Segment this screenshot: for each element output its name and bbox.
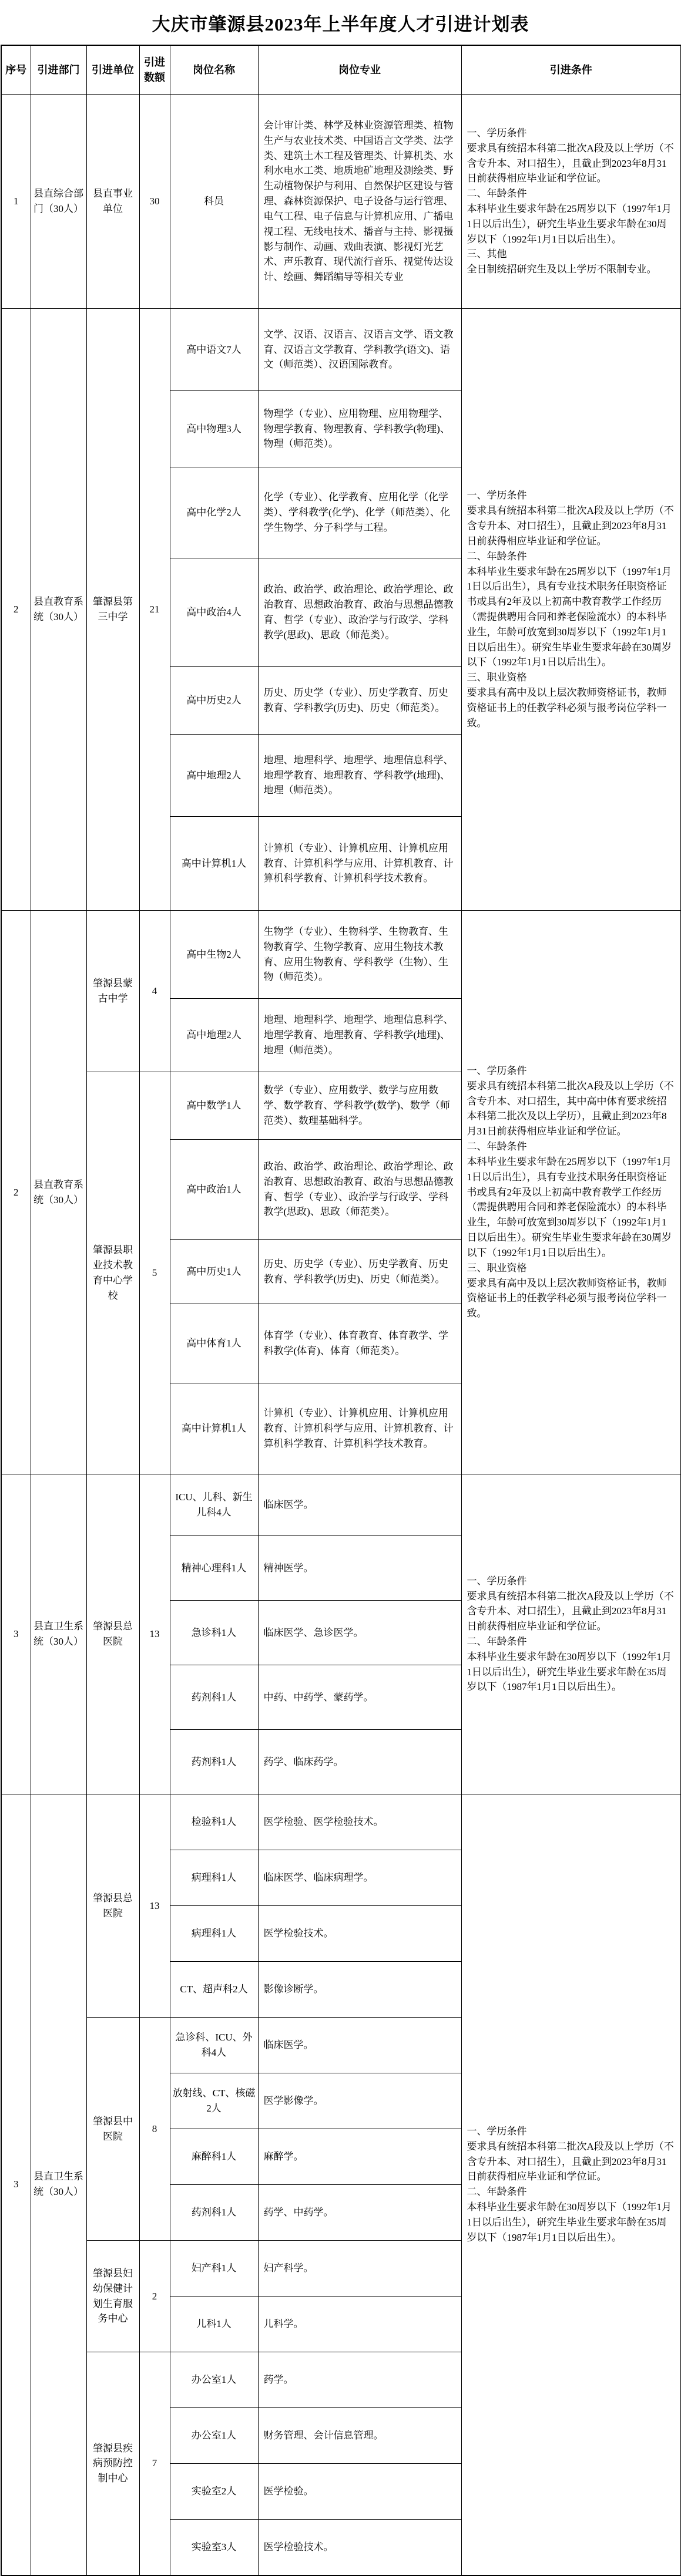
- position-cell: 药剂科1人: [170, 1730, 258, 1794]
- position-cell: 高中地理2人: [170, 999, 258, 1072]
- position-cell: 高中计算机1人: [170, 1383, 258, 1474]
- unit-cell: 肇源县总医院: [86, 1474, 139, 1794]
- position-cell: 高中历史1人: [170, 1240, 258, 1304]
- position-cell: 病理科1人: [170, 1906, 258, 1962]
- quota-cell: 13: [139, 1794, 170, 2018]
- quota-cell: 4: [139, 911, 170, 1072]
- majors-cell: 生物学（专业）、生物科学、生物教育、生物教育学、生物学教育、应用生物技术教育、应…: [258, 911, 461, 999]
- quota-cell: 2: [139, 2241, 170, 2352]
- majors-cell: 药学、中药学。: [258, 2185, 461, 2241]
- col-header-seq: 序号: [1, 45, 31, 95]
- position-cell: 病理科1人: [170, 1850, 258, 1906]
- majors-cell: 体育学（专业）、体育教育、体育教学、学科教学(体育)、体育（师范类）。: [258, 1304, 461, 1383]
- majors-cell: 麻醉学。: [258, 2129, 461, 2185]
- quota-cell: 5: [139, 1072, 170, 1474]
- col-header-dept: 引进部门: [31, 45, 86, 95]
- majors-cell: 妇产科学。: [258, 2241, 461, 2296]
- position-cell: 高中历史2人: [170, 667, 258, 735]
- position-cell: 高中地理2人: [170, 735, 258, 817]
- table-row: 2 县直教育系统（30人） 肇源县蒙古中学 4 高中生物2人 生物学（专业）、生…: [1, 911, 681, 999]
- unit-cell: 肇源县蒙古中学: [86, 911, 139, 1072]
- majors-cell: 药学、临床药学。: [258, 1730, 461, 1794]
- table-row: 1 县直综合部门（30人） 县直事业单位 30 科员 会计审计类、林学及林业资源…: [1, 95, 681, 309]
- majors-cell: 临床医学。: [258, 2018, 461, 2073]
- majors-cell: 会计审计类、林学及林业资源管理类、植物生产与农业技术类、中国语言文学类、法学类、…: [258, 95, 461, 309]
- majors-cell: 医学检验。: [258, 2464, 461, 2520]
- document-page: 大庆市肇源县2023年上半年度人才引进计划表 序号 引进部门 引进单位 引进数额…: [0, 0, 681, 2576]
- unit-cell: 肇源县疾病预防控制中心: [86, 2352, 139, 2575]
- position-cell: 药剂科1人: [170, 2185, 258, 2241]
- seq-cell: 1: [1, 95, 31, 309]
- conditions-cell: 一、学历条件 要求具有统招本科第二批次A段及以上学历（不含专升本、对口招生），且…: [461, 1794, 681, 2575]
- table-row: 3 县直卫生系统（30人） 肇源县总医院 13 检验科1人 医学检验、医学检验技…: [1, 1794, 681, 1850]
- unit-cell: 肇源县职业技术教育中心学校: [86, 1072, 139, 1474]
- col-header-position: 岗位名称: [170, 45, 258, 95]
- position-cell: 实验室3人: [170, 2520, 258, 2575]
- majors-cell: 物理学（专业）、应用物理、应用物理学、物理学教育、物理教育、学科教学(物理)、物…: [258, 391, 461, 467]
- majors-cell: 医学检验、医学检验技术。: [258, 1794, 461, 1850]
- quota-cell: 13: [139, 1474, 170, 1794]
- position-cell: 急诊科1人: [170, 1601, 258, 1665]
- majors-cell: 精神医学。: [258, 1536, 461, 1601]
- dept-cell: 县直教育系统（30人）: [31, 309, 86, 911]
- page-title: 大庆市肇源县2023年上半年度人才引进计划表: [0, 0, 681, 45]
- position-cell: 高中化学2人: [170, 467, 258, 558]
- majors-cell: 地理、地理科学、地理学、地理信息科学、地理学教育、地理教育、学科教学(地理)、地…: [258, 735, 461, 817]
- position-cell: 办公室1人: [170, 2408, 258, 2464]
- unit-cell: 肇源县妇幼保健计划生育服务中心: [86, 2241, 139, 2352]
- dept-cell: 县直综合部门（30人）: [31, 95, 86, 309]
- majors-cell: 文学、汉语、汉语言、汉语言文学、语文教育、汉语言文学教育、学科教学(语文)、语文…: [258, 309, 461, 391]
- position-cell: 放射线、CT、核磁2人: [170, 2073, 258, 2129]
- majors-cell: 临床医学、临床病理学。: [258, 1850, 461, 1906]
- position-cell: 检验科1人: [170, 1794, 258, 1850]
- quota-cell: 7: [139, 2352, 170, 2575]
- position-cell: 高中生物2人: [170, 911, 258, 999]
- majors-cell: 临床医学、急诊医学。: [258, 1601, 461, 1665]
- position-cell: 急诊科、ICU、外科4人: [170, 2018, 258, 2073]
- col-header-quota: 引进数额: [139, 45, 170, 95]
- quota-cell: 8: [139, 2018, 170, 2241]
- conditions-cell: 一、学历条件 要求具有统招本科第二批次A段及以上学历（不含专升本、对口招生，其中…: [461, 911, 681, 1474]
- unit-cell: 肇源县中医院: [86, 2018, 139, 2241]
- majors-cell: 地理、地理科学、地理学、地理信息科学、地理学教育、地理教育、学科教学(地理)、地…: [258, 999, 461, 1072]
- dept-cell: 县直教育系统（30人）: [31, 911, 86, 1474]
- position-cell: 高中体育1人: [170, 1304, 258, 1383]
- position-cell: 妇产科1人: [170, 2241, 258, 2296]
- position-cell: 实验室2人: [170, 2464, 258, 2520]
- position-cell: 精神心理科1人: [170, 1536, 258, 1601]
- col-header-unit: 引进单位: [86, 45, 139, 95]
- position-cell: 高中政治1人: [170, 1140, 258, 1240]
- conditions-cell: 一、学历条件 要求具有统招本科第二批次A段及以上学历（不含专升本、对口招生），且…: [461, 95, 681, 309]
- majors-cell: 历史、历史学（专业）、历史学教育、历史教育、学科教学(历史)、历史（师范类）。: [258, 667, 461, 735]
- unit-cell: 肇源县总医院: [86, 1794, 139, 2018]
- majors-cell: 药学。: [258, 2352, 461, 2408]
- position-cell: 办公室1人: [170, 2352, 258, 2408]
- col-header-majors: 岗位专业: [258, 45, 461, 95]
- header-row: 序号 引进部门 引进单位 引进数额 岗位名称 岗位专业 引进条件: [1, 45, 681, 95]
- position-cell: 高中数学1人: [170, 1072, 258, 1140]
- quota-cell: 30: [139, 95, 170, 309]
- seq-cell: 2: [1, 309, 31, 911]
- position-cell: 麻醉科1人: [170, 2129, 258, 2185]
- majors-cell: 历史、历史学（专业）、历史学教育、历史教育、学科教学(历史)、历史（师范类）。: [258, 1240, 461, 1304]
- dept-cell: 县直卫生系统（30人）: [31, 1474, 86, 1794]
- seq-cell: 2: [1, 911, 31, 1474]
- majors-cell: 数学（专业）、应用数学、数学与应用数学、数学教育、学科教学(数学)、数学（师范类…: [258, 1072, 461, 1140]
- conditions-cell: 一、学历条件 要求具有统招本科第二批次A段及以上学历（不含专升本、对口招生），且…: [461, 1474, 681, 1794]
- position-cell: CT、超声科2人: [170, 1962, 258, 2018]
- majors-cell: 财务管理、会计信息管理。: [258, 2408, 461, 2464]
- quota-cell: 21: [139, 309, 170, 911]
- position-cell: 高中物理3人: [170, 391, 258, 467]
- talent-plan-table: 序号 引进部门 引进单位 引进数额 岗位名称 岗位专业 引进条件 1 县直综合部…: [1, 45, 681, 2576]
- position-cell: 高中语文7人: [170, 309, 258, 391]
- majors-cell: 儿科学。: [258, 2296, 461, 2352]
- col-header-conditions: 引进条件: [461, 45, 681, 95]
- position-cell: 高中政治4人: [170, 558, 258, 667]
- majors-cell: 计算机（专业）、计算机应用、计算机应用教育、计算机科学与应用、计算机教育、计算机…: [258, 817, 461, 911]
- unit-cell: 县直事业单位: [86, 95, 139, 309]
- majors-cell: 政治、政治学、政治理论、政治学理论、政治教育、思想政治教育、政治与思想品德教育、…: [258, 558, 461, 667]
- seq-cell: 3: [1, 1474, 31, 1794]
- majors-cell: 医学检验技术。: [258, 2520, 461, 2575]
- majors-cell: 化学（专业）、化学教育、应用化学（化学类）、学科教学(化学)、化学（师范类）、化…: [258, 467, 461, 558]
- majors-cell: 中药、中药学、蒙药学。: [258, 1665, 461, 1730]
- majors-cell: 政治、政治学、政治理论、政治学理论、政治教育、思想政治教育、政治与思想品德教育、…: [258, 1140, 461, 1240]
- majors-cell: 临床医学。: [258, 1474, 461, 1536]
- position-cell: 高中计算机1人: [170, 817, 258, 911]
- table-row: 2 县直教育系统（30人） 肇源县第三中学 21 高中语文7人 文学、汉语、汉语…: [1, 309, 681, 391]
- position-cell: ICU、儿科、新生儿科4人: [170, 1474, 258, 1536]
- unit-cell: 肇源县第三中学: [86, 309, 139, 911]
- position-cell: 药剂科1人: [170, 1665, 258, 1730]
- position-cell: 科员: [170, 95, 258, 309]
- table-row: 3 县直卫生系统（30人） 肇源县总医院 13 ICU、儿科、新生儿科4人 临床…: [1, 1474, 681, 1536]
- position-cell: 儿科1人: [170, 2296, 258, 2352]
- dept-cell: 县直卫生系统（30人）: [31, 1794, 86, 2575]
- conditions-cell: 一、学历条件 要求具有统招本科第二批次A段及以上学历（不含专升本、对口招生），且…: [461, 309, 681, 911]
- majors-cell: 医学影像学。: [258, 2073, 461, 2129]
- majors-cell: 计算机（专业）、计算机应用、计算机应用教育、计算机科学与应用、计算机教育、计算机…: [258, 1383, 461, 1474]
- seq-cell: 3: [1, 1794, 31, 2575]
- majors-cell: 医学检验技术。: [258, 1906, 461, 1962]
- majors-cell: 影像诊断学。: [258, 1962, 461, 2018]
